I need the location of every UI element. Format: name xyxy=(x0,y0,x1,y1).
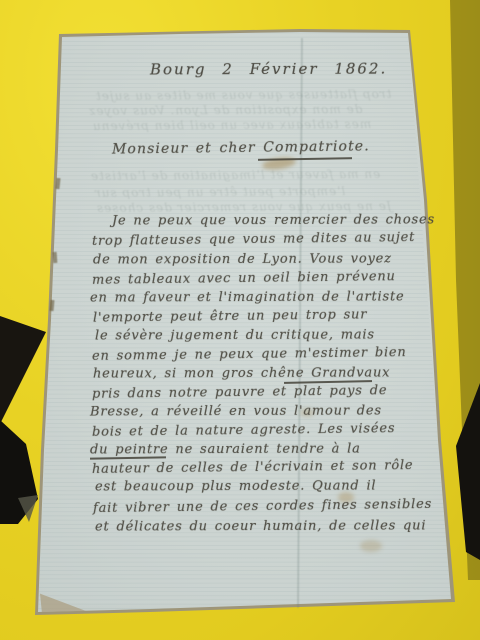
handwriting-line: Je ne peux que vous remercier des choses xyxy=(112,212,435,228)
handwriting-line: heureux, si mon gros chêne Grandvaux xyxy=(93,365,390,381)
torn-edge-mark xyxy=(53,252,58,263)
stain xyxy=(360,540,382,552)
handwriting-line: et délicates du coeur humain, de celles … xyxy=(95,518,426,534)
dateline: Bourg 2 Février 1862. xyxy=(150,60,387,79)
handwriting-line: est beaucoup plus modeste. Quand il xyxy=(95,479,376,495)
photo-of-handwritten-letter: trop flatteuses que vous me dites au suj… xyxy=(0,0,480,640)
ink-showthrough: trop flatteuses que vous me dites au suj… xyxy=(95,87,391,103)
ink-showthrough: mes tableaux avec un oeil bien prévenu xyxy=(92,117,371,133)
salutation: Monsieur et cher Compatriote. xyxy=(112,138,370,157)
handwriting-line: de mon exposition de Lyon. Vous voyez xyxy=(93,251,392,267)
ink-showthrough: en ma faveur et l'imagination de l'artis… xyxy=(90,167,380,183)
handwriting-line: le sévère jugement du critique, mais xyxy=(95,328,375,344)
handwriting-line: du peintre ne sauraient tendre à la xyxy=(90,442,361,458)
handwriting-line: en ma faveur et l'imagination de l'artis… xyxy=(90,289,405,305)
ink-showthrough: de mon exposition de Lyon. Vous voyez xyxy=(88,102,362,118)
handwriting-line: Bresse, a réveillé en vous l'amour des xyxy=(90,403,382,419)
ink-showthrough: l'emporte peut être un peu trop sur xyxy=(94,184,345,200)
